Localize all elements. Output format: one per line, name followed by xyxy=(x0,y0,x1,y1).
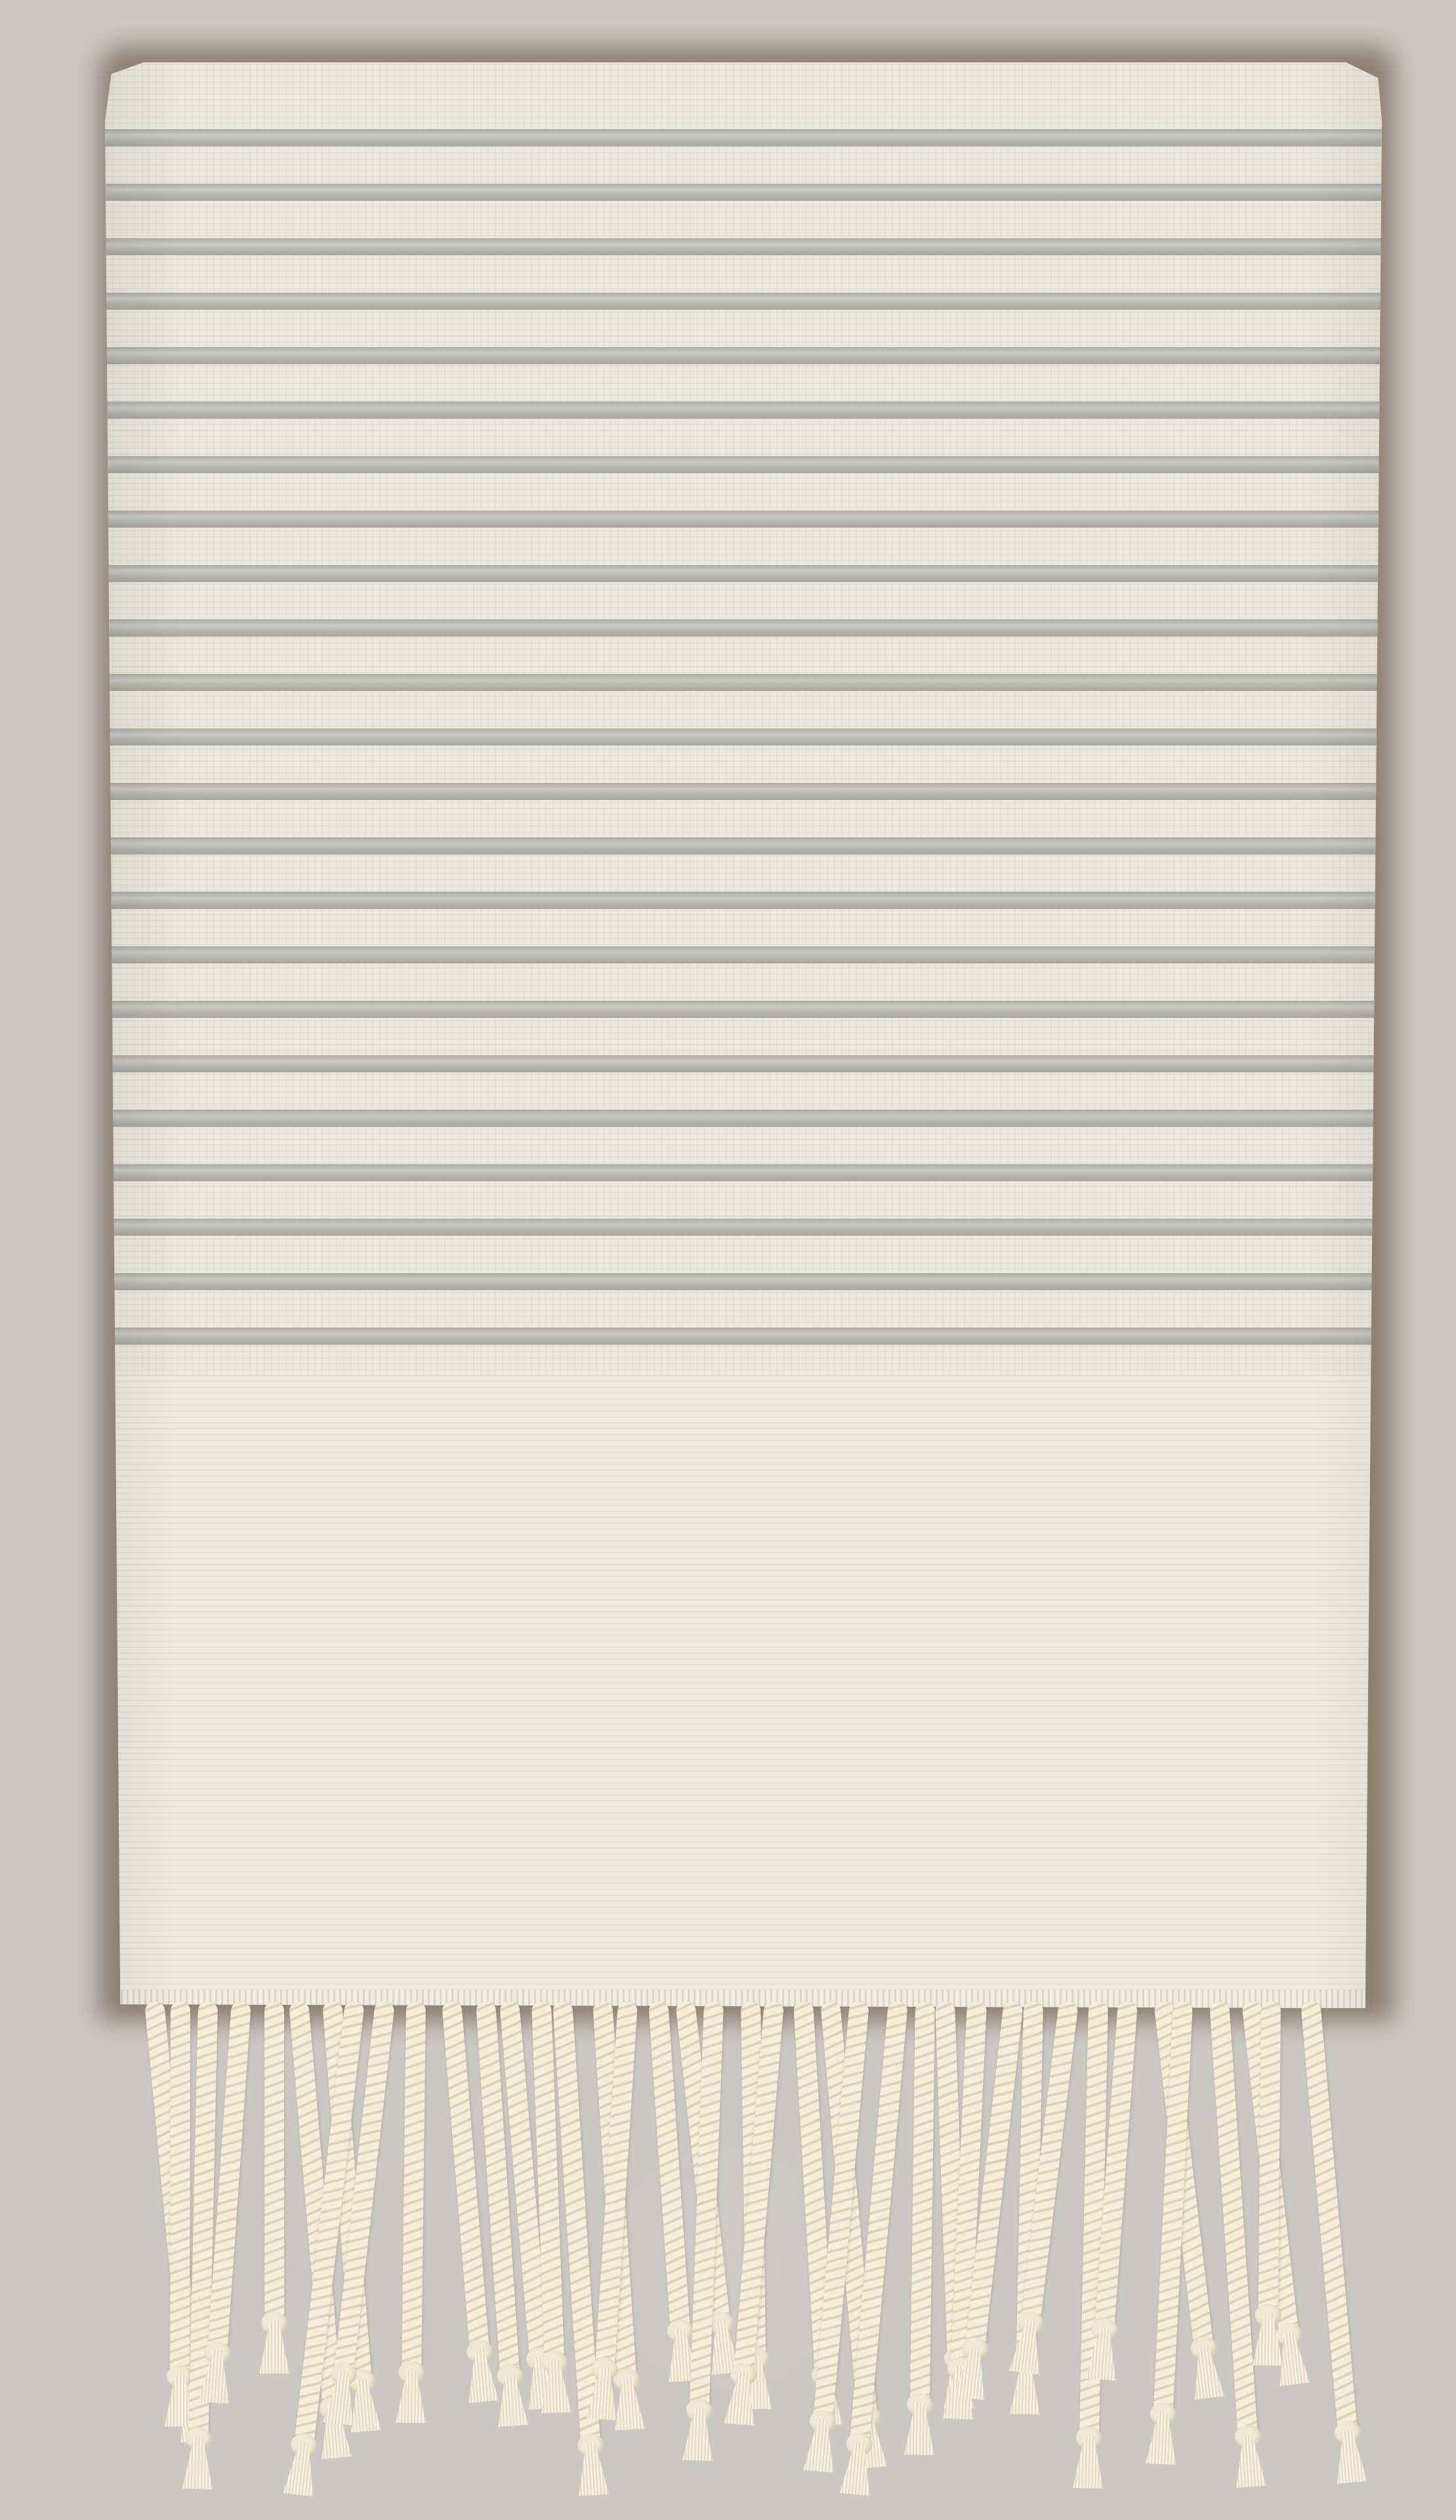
fringe-cord xyxy=(1258,2002,1280,2320)
fringe-cord xyxy=(170,2002,190,2381)
fringe-cord xyxy=(1300,2001,1358,2438)
towel-shading xyxy=(105,62,1384,2008)
fringe-cord xyxy=(910,2002,935,2409)
fringe xyxy=(138,2002,1384,2513)
fringe-cord xyxy=(402,2002,426,2378)
fringe-cord xyxy=(264,2002,284,2328)
towel xyxy=(105,62,1384,2008)
